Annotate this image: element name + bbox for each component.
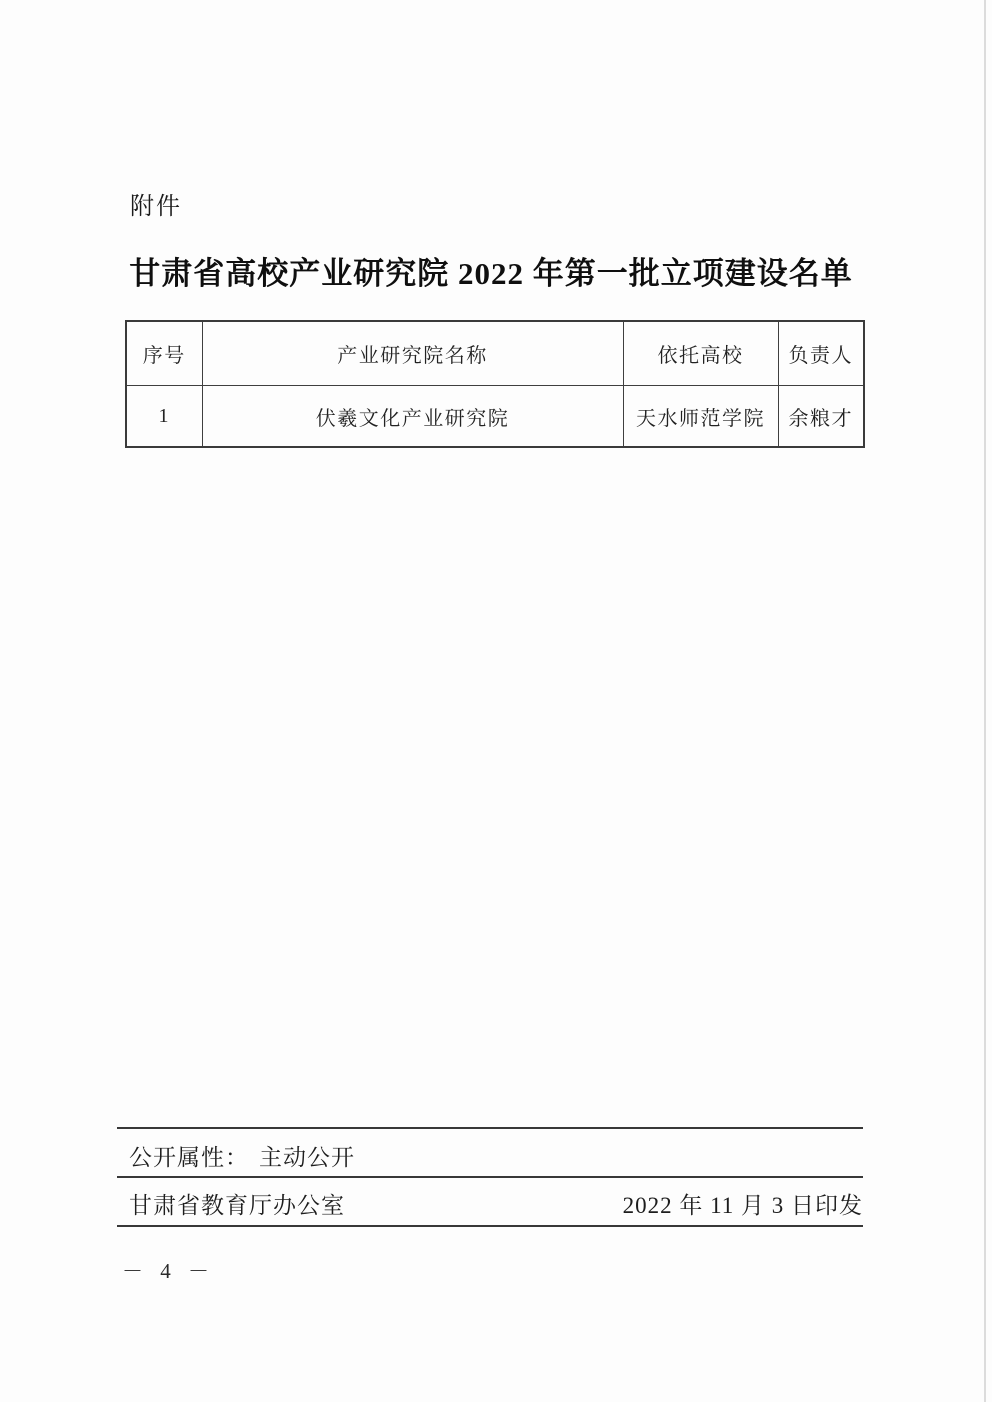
- disclosure-label: 公开属性：: [129, 1145, 249, 1170]
- footer-divider-top: [117, 1127, 863, 1129]
- cell-serial: 1: [126, 386, 202, 448]
- issuer-office: 甘肃省教育厅办公室: [129, 1187, 345, 1220]
- project-list-table: 序号 产业研究院名称 依托高校 负责人 1 伏羲文化产业研究院 天水师范学院 余…: [125, 320, 865, 448]
- disclosure-value: 主动公开: [259, 1145, 355, 1170]
- document-page: 附件 甘肃省高校产业研究院 2022 年第一批立项建设名单 序号 产业研究院名称…: [0, 0, 992, 1402]
- footer-divider-middle: [117, 1176, 863, 1178]
- column-header-serial: 序号: [126, 321, 202, 386]
- page-number: － 4 －: [122, 1255, 215, 1285]
- cell-host-university: 天水师范学院: [623, 386, 778, 448]
- table-row: 1 伏羲文化产业研究院 天水师范学院 余粮才: [126, 386, 864, 448]
- column-header-leader: 负责人: [778, 321, 864, 386]
- column-header-host-university: 依托高校: [623, 321, 778, 386]
- footer-divider-bottom: [117, 1225, 863, 1227]
- cell-institute-name: 伏羲文化产业研究院: [202, 386, 623, 448]
- print-date: 2022 年 11 月 3 日印发: [623, 1187, 863, 1220]
- document-title: 甘肃省高校产业研究院 2022 年第一批立项建设名单: [60, 248, 922, 293]
- imprint-line: 甘肃省教育厅办公室 2022 年 11 月 3 日印发: [129, 1187, 863, 1220]
- table-header-row: 序号 产业研究院名称 依托高校 负责人: [126, 321, 864, 386]
- attachment-label: 附件: [130, 186, 182, 221]
- scan-edge-artifact: [984, 0, 986, 1402]
- column-header-institute-name: 产业研究院名称: [202, 321, 623, 386]
- cell-leader: 余粮才: [778, 386, 864, 448]
- disclosure-line: 公开属性：主动公开: [129, 1139, 355, 1172]
